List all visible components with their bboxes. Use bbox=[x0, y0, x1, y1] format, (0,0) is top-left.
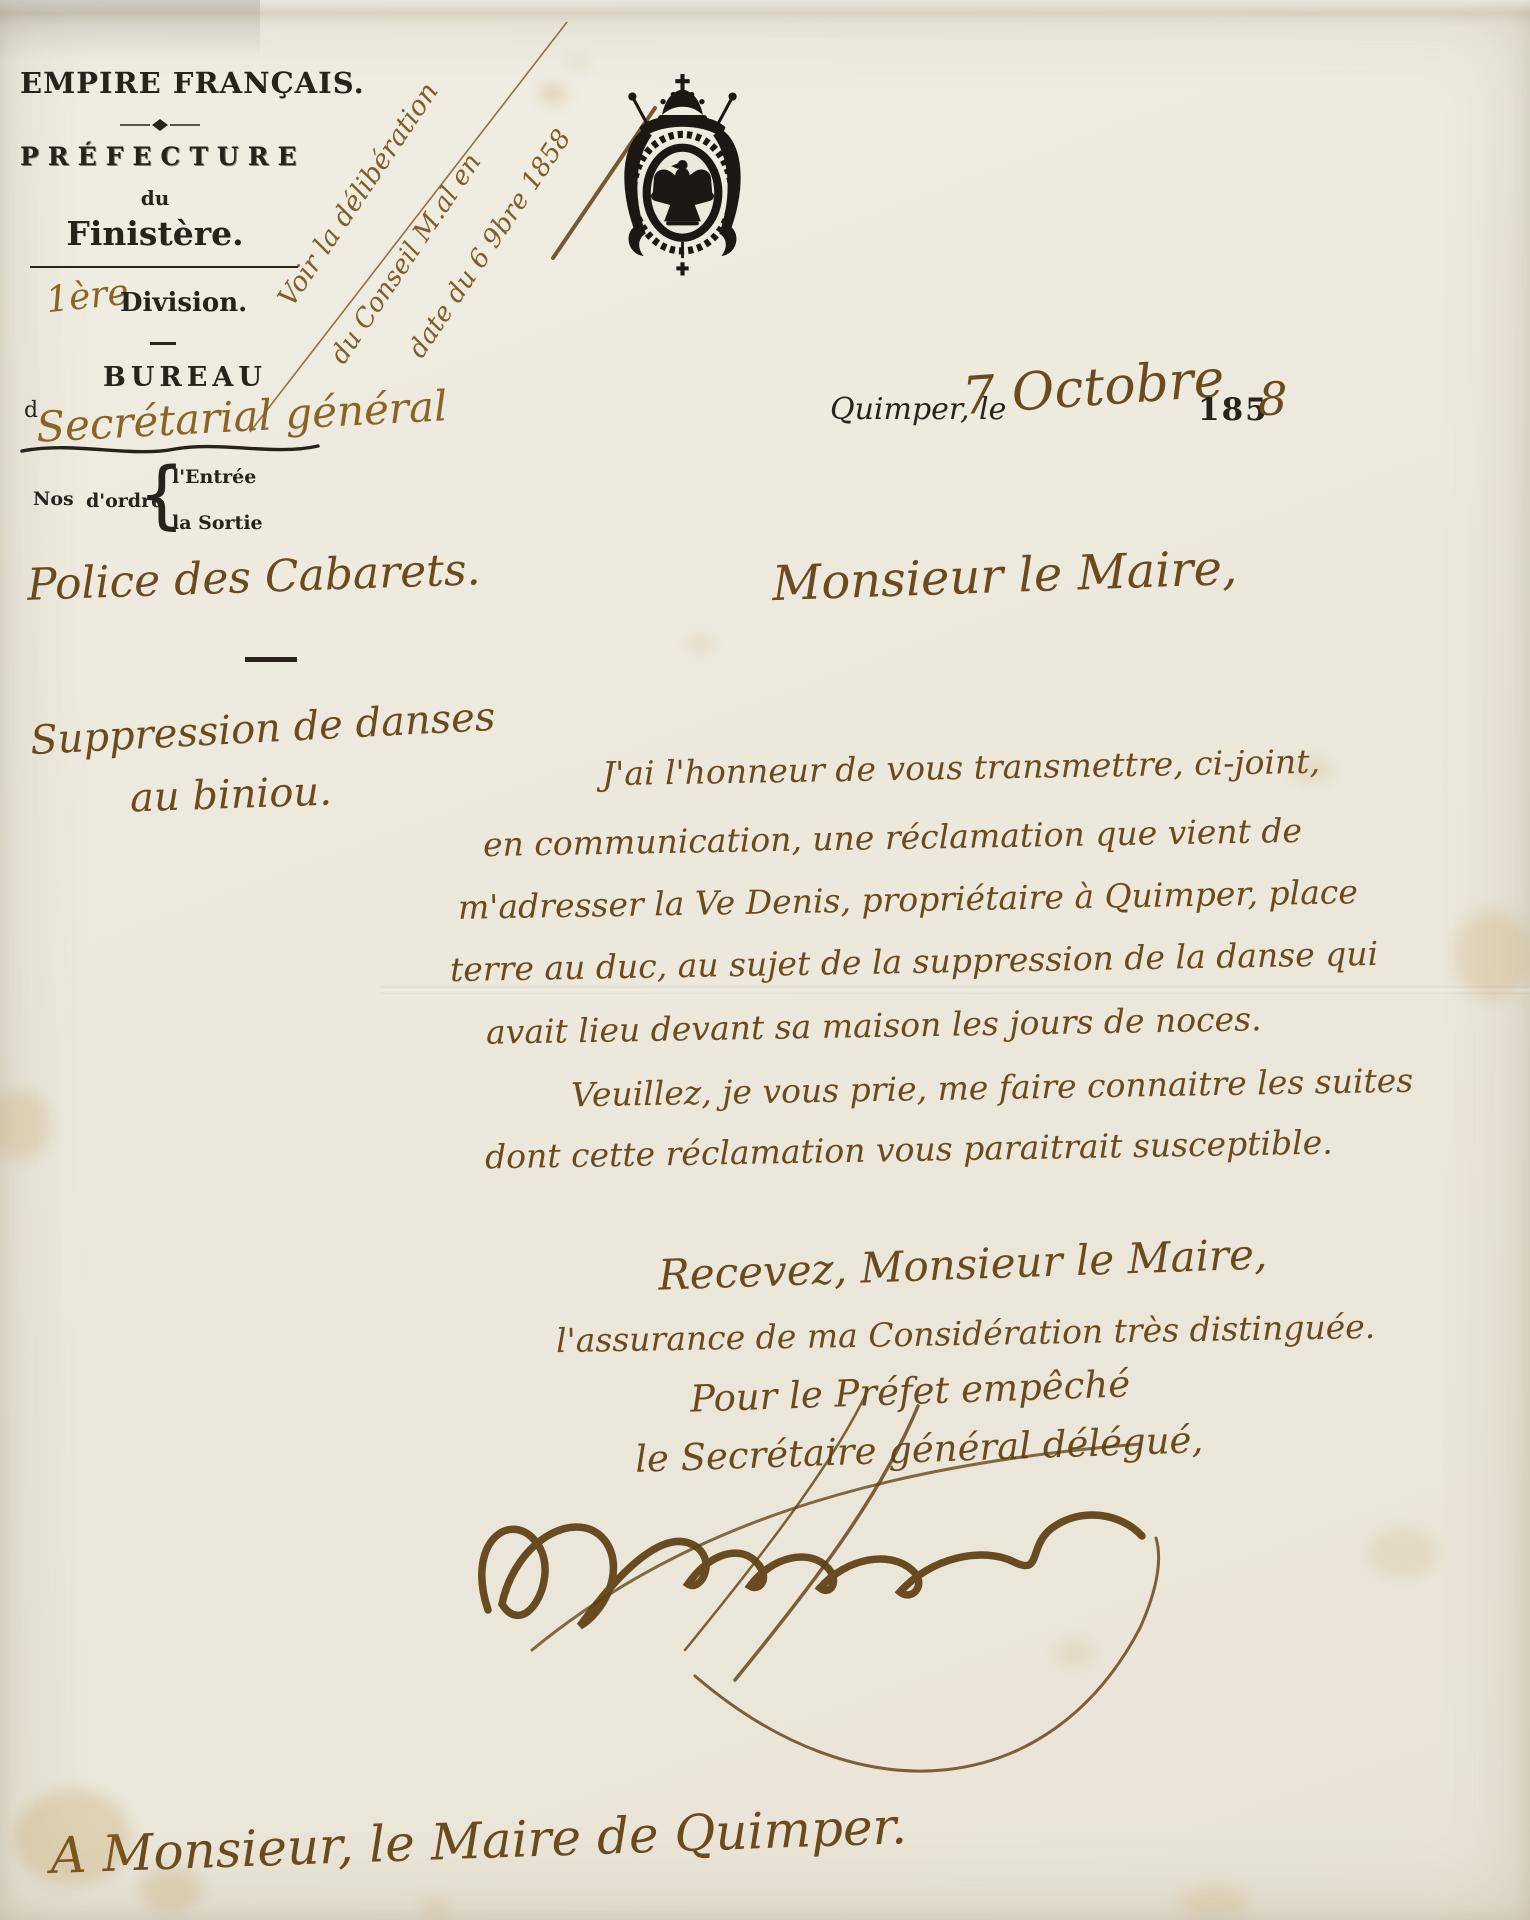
salutation: Monsieur le Maire, bbox=[771, 540, 1238, 612]
signature-flourish bbox=[440, 1388, 1210, 1808]
imperial-coat-of-arms-icon bbox=[575, 72, 790, 297]
ornament-divider-icon bbox=[120, 118, 200, 132]
body-line-4: terre au duc, au sujet de la suppression… bbox=[450, 934, 1379, 989]
body-line-6: Veuillez, je vous prie, me faire connait… bbox=[571, 1061, 1414, 1115]
body-line-3: m'adresser la Ve Denis, propriétaire à Q… bbox=[458, 872, 1358, 927]
body-line-2: en communication, une réclamation que vi… bbox=[483, 811, 1303, 864]
body-line-7: dont cette réclamation vous paraitrait s… bbox=[485, 1123, 1333, 1177]
subject-line-2: Suppression de danses bbox=[29, 694, 496, 764]
section-dash bbox=[150, 342, 176, 345]
subject-line-3: au biniou. bbox=[129, 768, 332, 821]
dateline-year-digit-handwritten: 8 bbox=[1258, 372, 1287, 426]
paper-stain bbox=[0, 1090, 50, 1160]
paper-stain bbox=[689, 637, 711, 651]
order-entree-label: l'Entrée bbox=[172, 466, 256, 488]
paper-stain bbox=[1368, 1528, 1438, 1578]
recipient-address: A Monsieur, le Maire de Quimper. bbox=[49, 1797, 907, 1885]
body-line-5: avait lieu devant sa maison les jours de… bbox=[486, 999, 1262, 1052]
paper-stain bbox=[420, 1898, 450, 1914]
paper-corner-shade bbox=[0, 0, 260, 60]
division-handwritten: 1ère bbox=[44, 272, 131, 321]
body-line-1: J'ai l'honneur de vous transmettre, ci-j… bbox=[602, 742, 1321, 794]
subject-title: Police des Cabarets. bbox=[26, 544, 481, 611]
closing-line-2: l'assurance de ma Considération très dis… bbox=[556, 1307, 1376, 1360]
order-sortie-label: la Sortie bbox=[172, 512, 263, 534]
subject-dash bbox=[245, 657, 297, 662]
paper-stain bbox=[1455, 910, 1530, 1000]
letter-document-sheet: EMPIRE FRANÇAIS. PRÉFECTURE du Finistère… bbox=[0, 0, 1530, 1920]
order-nos-label: Nos bbox=[33, 488, 74, 510]
paper-stain bbox=[1180, 1886, 1250, 1916]
dateline-day-month-handwritten: 7 Octobre bbox=[960, 349, 1226, 427]
closing-line-1: Recevez, Monsieur le Maire, bbox=[657, 1229, 1268, 1299]
